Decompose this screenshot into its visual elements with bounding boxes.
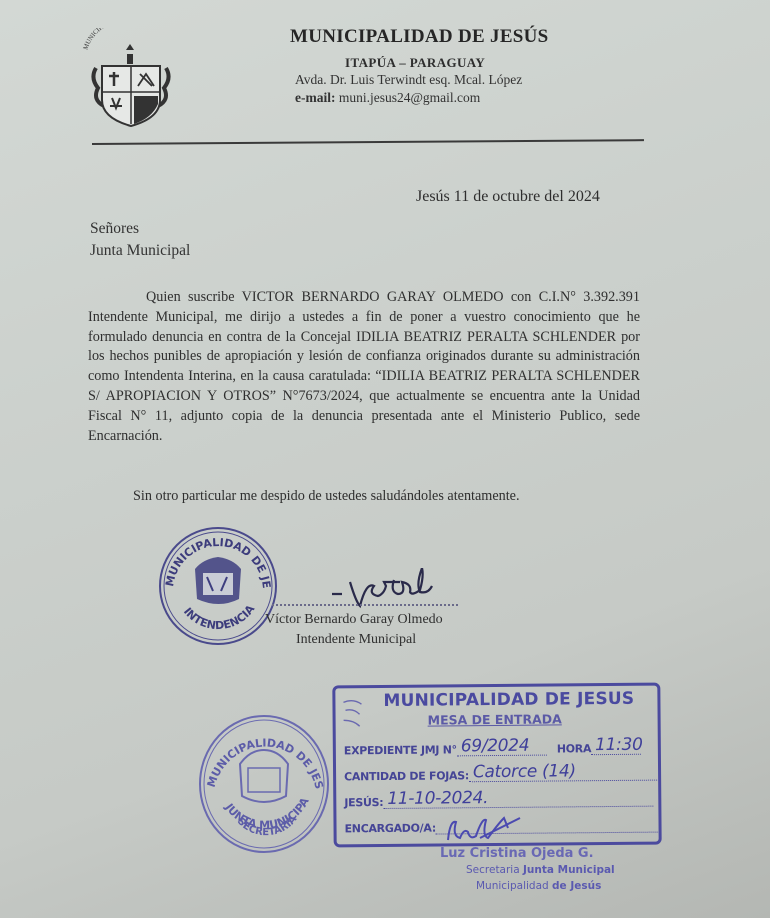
letter-date: Jesús 11 de octubre del 2024 [416, 188, 600, 206]
fojas-label: CANTIDAD DE FOJAS: [344, 769, 469, 783]
fojas-value: Catorce (14) [469, 762, 657, 783]
letter-closing: Sin otro particular me despido de ustede… [133, 488, 520, 505]
letterhead-subtitle: ITAPÚA – PARAGUAY [345, 55, 485, 71]
signature-line [272, 604, 458, 606]
svg-text:MUNICIPALIDAD DE JESÚS: MUNICIPALIDAD DE JESÚS [196, 712, 326, 790]
signatory-name: Víctor Bernardo Garay Olmedo [265, 612, 443, 628]
hora-label: HORA [557, 742, 591, 755]
hora-value: 11:30 [591, 736, 641, 755]
jesus-date-value: 11-10-2024. [383, 788, 653, 809]
receiver-org-bold: de Jesús [552, 880, 601, 892]
junta-municipal-seal-stamp: MUNICIPALIDAD DE JESÚS JUNTA MUNICIPAL S… [196, 712, 332, 856]
encargado-label: ENCARGADO/A: [344, 822, 435, 836]
stamp-title: MUNICIPALIDAD DE JESUS [383, 689, 634, 711]
intendencia-seal-stamp: MUNICIPALIDAD DE JESUS INTENDENCIA [157, 525, 279, 647]
letterhead-title: MUNICIPALIDAD DE JESÚS [290, 26, 549, 48]
letterhead-email-line: e-mail: muni.jesus24@gmail.com [295, 90, 480, 106]
stamp-subtitle: MESA DE ENTRADA [428, 711, 562, 727]
addressee-line-1: Señores [90, 218, 190, 240]
body-paragraph: Quien suscribe VICTOR BERNARDO GARAY OLM… [88, 288, 640, 446]
jesus-date-label: JESÚS: [344, 796, 383, 809]
stamp-row-date: JESÚS: 11-10-2024. [344, 788, 653, 810]
municipal-coat-of-arms-logo: MUNICIPALIDAD DE JESÚS [78, 28, 188, 128]
email-address: muni.jesus24@gmail.com [339, 90, 480, 105]
receiver-signature-scribble [440, 810, 530, 850]
stamp-row-fojas: CANTIDAD DE FOJAS: Catorce (14) [344, 762, 657, 784]
receiver-role-bold: Junta Municipal [523, 864, 615, 876]
signatory-role: Intendente Municipal [296, 632, 416, 648]
receiver-org-prefix: Municipalidad [476, 880, 549, 892]
expediente-label: EXPEDIENTE JMJ N° [344, 743, 457, 757]
email-label: e-mail: [295, 90, 335, 105]
letterhead-divider [92, 139, 644, 145]
receiver-role: Secretaria Junta Municipal [466, 864, 615, 876]
svg-text:MUNICIPALIDAD DE JESÚS: MUNICIPALIDAD DE JESÚS [82, 28, 157, 51]
letter-body: Quien suscribe VICTOR BERNARDO GARAY OLM… [88, 288, 640, 446]
stamp-row-expediente: EXPEDIENTE JMJ N° 69/2024 HORA 11:30 [344, 736, 641, 758]
addressee-line-2: Junta Municipal [90, 240, 190, 262]
expediente-value: 69/2024 [457, 737, 547, 757]
svg-text:INTENDENCIA: INTENDENCIA [181, 602, 258, 632]
receiver-role-prefix: Secretaria [466, 864, 520, 876]
letterhead-address: Avda. Dr. Luis Terwindt esq. Mcal. López [295, 72, 522, 88]
addressee-block: Señores Junta Municipal [90, 218, 190, 262]
stamp-emblem-icon [339, 694, 377, 734]
receiver-name: Luz Cristina Ojeda G. [440, 846, 594, 861]
receiver-organization: Municipalidad de Jesús [476, 880, 601, 892]
